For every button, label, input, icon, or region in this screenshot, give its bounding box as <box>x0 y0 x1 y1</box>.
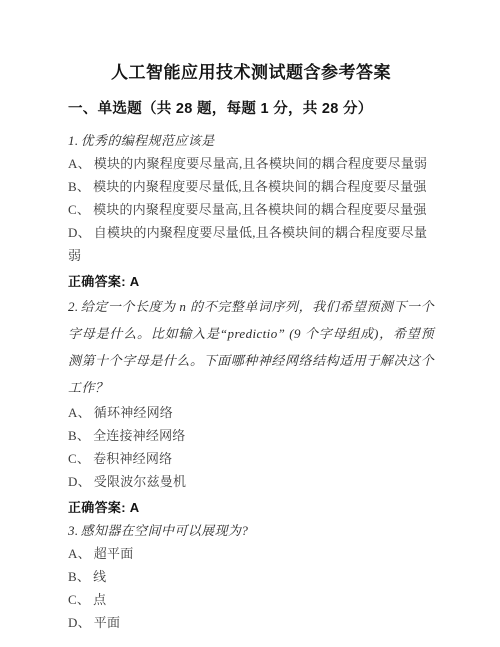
option-text: 超平面 <box>94 546 134 561</box>
question-3-body: 感知器在空间中可以展现为? <box>81 523 249 538</box>
document-page: 人工智能应用技术测试题含参考答案 一、单选题（共 28 题，每题 1 分，共 2… <box>0 0 500 647</box>
answer-value: A <box>130 500 140 515</box>
option-text: 循环神经网络 <box>94 405 173 420</box>
document-title: 人工智能应用技术测试题含参考答案 <box>68 60 434 86</box>
section-heading: 一、单选题（共 28 题，每题 1 分，共 28 分） <box>68 99 434 119</box>
question-2-option-a: A、循环神经网络 <box>68 401 434 424</box>
question-1-option-c: C、模块的内聚程度要尽量高,且各模块间的耦合程度要尽量强 <box>68 198 434 221</box>
option-key: C、 <box>68 592 93 607</box>
question-1-option-a: A、模块的内聚程度要尽量高,且各模块间的耦合程度要尽量弱 <box>68 152 434 175</box>
question-2-body: 给定一个长度为 n 的不完整单词序列，我们希望预测下一个字母是什么。比如输入是“… <box>68 299 434 395</box>
question-2-option-c: C、卷积神经网络 <box>68 447 434 470</box>
question-2-number: 2. <box>68 299 81 314</box>
option-text: 卷积神经网络 <box>93 451 172 466</box>
option-text: 自模块的内聚程度要尽量低,且各模块间的耦合程度要尽量弱 <box>68 225 427 263</box>
option-text: 模块的内聚程度要尽量高,且各模块间的耦合程度要尽量强 <box>93 202 426 217</box>
option-text: 点 <box>93 592 106 607</box>
option-text: 全连接神经网络 <box>93 428 185 443</box>
option-text: 受限波尔兹曼机 <box>94 474 186 489</box>
option-key: B、 <box>68 179 93 194</box>
question-3: 3.感知器在空间中可以展现为? A、超平面 B、线 C、点 D、平面 <box>68 519 434 634</box>
question-2: 2.给定一个长度为 n 的不完整单词序列，我们希望预测下一个字母是什么。比如输入… <box>68 293 434 519</box>
question-1-option-b: B、模块的内聚程度要尽量低,且各模块间的耦合程度要尽量强 <box>68 175 434 198</box>
option-text: 线 <box>93 569 106 584</box>
question-1-number: 1. <box>68 133 81 148</box>
question-1-text: 1.优秀的编程规范应该是 <box>68 129 434 152</box>
question-2-answer-line: 正确答案: A <box>68 496 434 519</box>
option-key: B、 <box>68 428 93 443</box>
option-key: A、 <box>68 546 94 561</box>
option-key: B、 <box>68 569 93 584</box>
option-text: 模块的内聚程度要尽量低,且各模块间的耦合程度要尽量强 <box>93 179 426 194</box>
question-3-option-a: A、超平面 <box>68 542 434 565</box>
question-3-option-d: D、平面 <box>68 611 434 634</box>
option-text: 模块的内聚程度要尽量高,且各模块间的耦合程度要尽量弱 <box>94 156 427 171</box>
question-3-number: 3. <box>68 523 81 538</box>
question-3-text: 3.感知器在空间中可以展现为? <box>68 519 434 542</box>
question-3-option-b: B、线 <box>68 565 434 588</box>
option-key: A、 <box>68 405 94 420</box>
option-key: A、 <box>68 156 94 171</box>
question-1-option-d: D、自模块的内聚程度要尽量低,且各模块间的耦合程度要尽量弱 <box>68 221 434 267</box>
option-text: 平面 <box>94 615 120 630</box>
question-3-option-c: C、点 <box>68 588 434 611</box>
answer-label: 正确答案: <box>68 274 126 289</box>
question-1: 1.优秀的编程规范应该是 A、模块的内聚程度要尽量高,且各模块间的耦合程度要尽量… <box>68 129 434 293</box>
option-key: D、 <box>68 615 94 630</box>
option-key: D、 <box>68 474 94 489</box>
option-key: C、 <box>68 202 93 217</box>
question-2-option-b: B、全连接神经网络 <box>68 424 434 447</box>
option-key: C、 <box>68 451 93 466</box>
answer-label: 正确答案: <box>68 500 126 515</box>
question-1-body: 优秀的编程规范应该是 <box>81 133 215 148</box>
question-1-answer-line: 正确答案: A <box>68 270 434 293</box>
question-2-text: 2.给定一个长度为 n 的不完整单词序列，我们希望预测下一个字母是什么。比如输入… <box>68 293 434 401</box>
option-key: D、 <box>68 225 94 240</box>
question-2-option-d: D、受限波尔兹曼机 <box>68 470 434 493</box>
answer-value: A <box>130 274 140 289</box>
